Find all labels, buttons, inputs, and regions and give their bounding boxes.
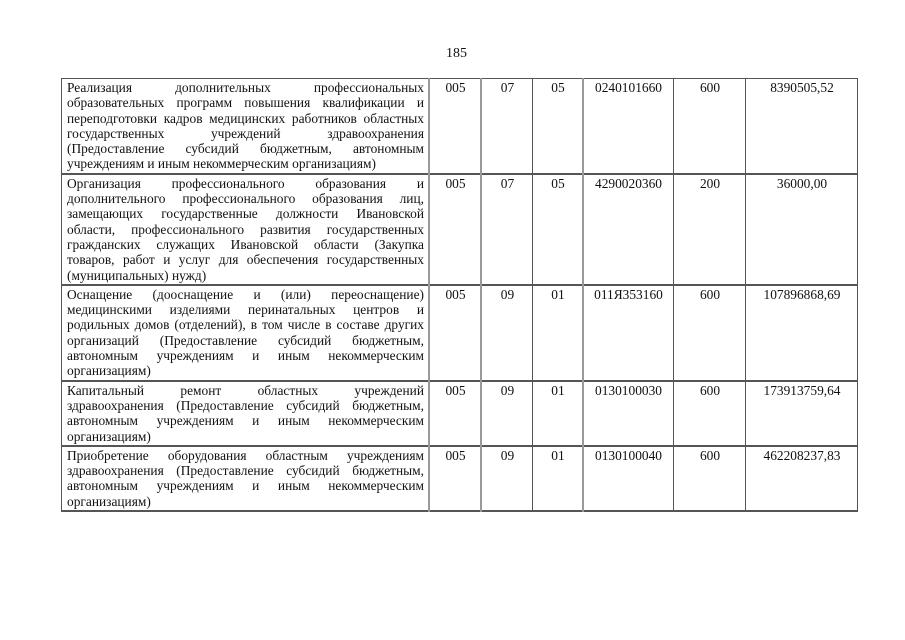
amount: 36000,00 xyxy=(746,174,858,285)
row-description: Организация профессионального образовани… xyxy=(62,174,430,285)
budget-table: Реализация дополнительных профессиональн… xyxy=(61,78,858,512)
amount: 107896868,69 xyxy=(746,285,858,381)
subsection-code: 05 xyxy=(533,174,584,285)
subsection-code: 05 xyxy=(533,79,584,174)
section-code: 07 xyxy=(481,174,533,285)
target-article-code: 0130100040 xyxy=(583,446,674,511)
expense-type-code: 200 xyxy=(674,174,746,285)
row-description: Реализация дополнительных профессиональн… xyxy=(62,79,430,174)
ministry-code: 005 xyxy=(429,174,481,285)
subsection-code: 01 xyxy=(533,285,584,381)
table-row: Реализация дополнительных профессиональн… xyxy=(62,79,858,174)
amount: 173913759,64 xyxy=(746,381,858,446)
expense-type-code: 600 xyxy=(674,285,746,381)
ministry-code: 005 xyxy=(429,79,481,174)
section-code: 09 xyxy=(481,381,533,446)
page-number: 185 xyxy=(0,46,905,62)
target-article-code: 011Я353160 xyxy=(583,285,674,381)
target-article-code: 0240101660 xyxy=(583,79,674,174)
expense-type-code: 600 xyxy=(674,446,746,511)
ministry-code: 005 xyxy=(429,285,481,381)
expense-type-code: 600 xyxy=(674,381,746,446)
amount: 8390505,52 xyxy=(746,79,858,174)
section-code: 09 xyxy=(481,446,533,511)
section-code: 07 xyxy=(481,79,533,174)
amount: 462208237,83 xyxy=(746,446,858,511)
table-row: Организация профессионального образовани… xyxy=(62,174,858,285)
subsection-code: 01 xyxy=(533,446,584,511)
subsection-code: 01 xyxy=(533,381,584,446)
expense-type-code: 600 xyxy=(674,79,746,174)
target-article-code: 0130100030 xyxy=(583,381,674,446)
ministry-code: 005 xyxy=(429,381,481,446)
table-row: Оснащение (дооснащение и (или) переоснащ… xyxy=(62,285,858,381)
table-row: Приобретение оборудования областным учре… xyxy=(62,446,858,511)
section-code: 09 xyxy=(481,285,533,381)
row-description: Приобретение оборудования областным учре… xyxy=(62,446,430,511)
row-description: Капитальный ремонт областных учреждений … xyxy=(62,381,430,446)
row-description: Оснащение (дооснащение и (или) переоснащ… xyxy=(62,285,430,381)
table-row: Капитальный ремонт областных учреждений … xyxy=(62,381,858,446)
ministry-code: 005 xyxy=(429,446,481,511)
target-article-code: 4290020360 xyxy=(583,174,674,285)
